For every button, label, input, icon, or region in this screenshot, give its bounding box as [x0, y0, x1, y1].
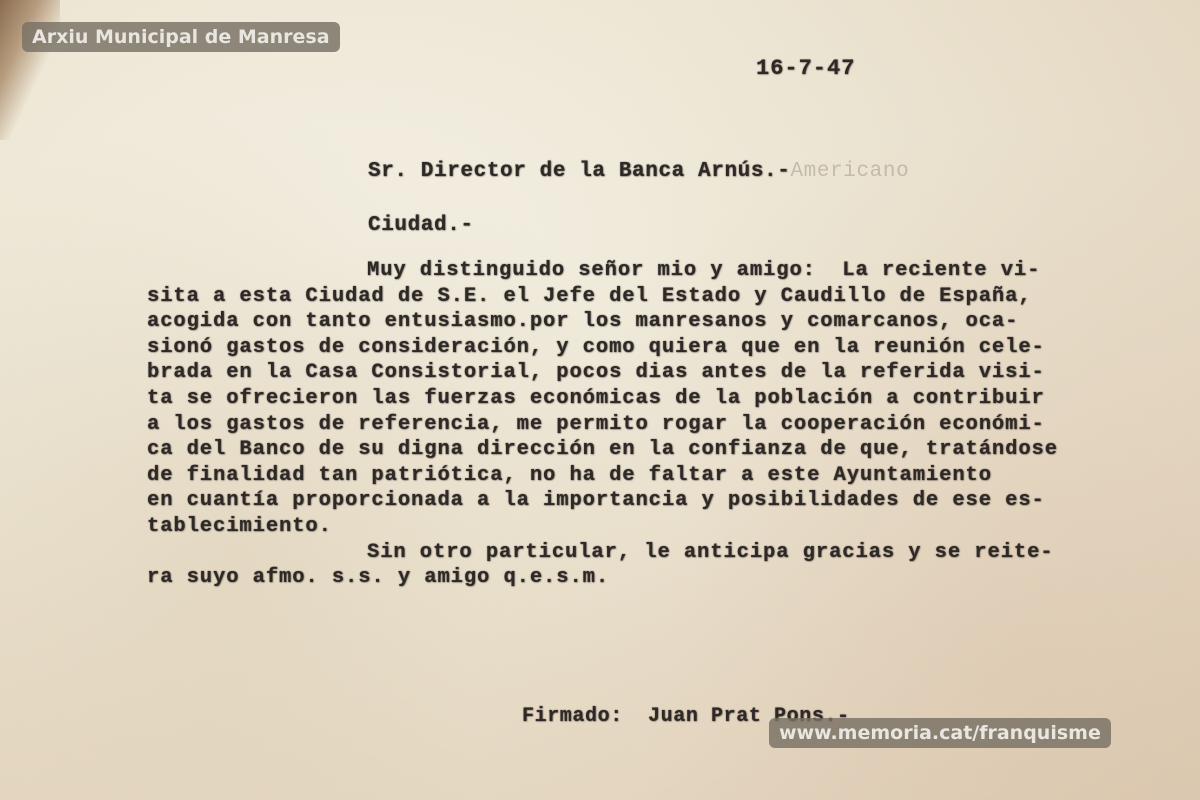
body-line: brada en la Casa Consistorial, pocos dia… — [147, 361, 1058, 387]
body-line: a los gastos de referencia, me permito r… — [147, 413, 1058, 439]
website-watermark: www.memoria.cat/franquisme — [769, 718, 1111, 748]
body-line: de finalidad tan patriótica, no ha de fa… — [147, 464, 1058, 490]
letter-city: Ciudad.- — [368, 214, 474, 237]
body-line: ra suyo afmo. s.s. y amigo q.e.s.m. — [147, 566, 1058, 592]
letter-body: Muy distinguido señor mio y amigo: La re… — [147, 259, 1058, 592]
body-line: sionó gastos de consideración, y como qu… — [147, 336, 1058, 362]
body-line: ca del Banco de su digna dirección en la… — [147, 438, 1058, 464]
archive-watermark: Arxiu Municipal de Manresa — [22, 22, 340, 52]
body-line: en cuantía proporcionada a la importanci… — [147, 489, 1058, 515]
letter-addressee: Sr. Director de la Banca Arnús.-American… — [368, 160, 909, 183]
body-line: Muy distinguido señor mio y amigo: La re… — [147, 259, 1058, 285]
body-line: Sin otro particular, le anticipa gracias… — [147, 541, 1058, 567]
body-line: sita a esta Ciudad de S.E. el Jefe del E… — [147, 285, 1058, 311]
addressee-text: Sr. Director de la Banca Arnús.- — [368, 160, 790, 183]
body-line: tablecimiento. — [147, 515, 1058, 541]
body-line: acogida con tanto entusiasmo.por los man… — [147, 310, 1058, 336]
addressee-struck-text: Americano — [790, 160, 909, 183]
letter-date: 16-7-47 — [756, 56, 855, 81]
body-line: ta se ofrecieron las fuerzas económicas … — [147, 387, 1058, 413]
